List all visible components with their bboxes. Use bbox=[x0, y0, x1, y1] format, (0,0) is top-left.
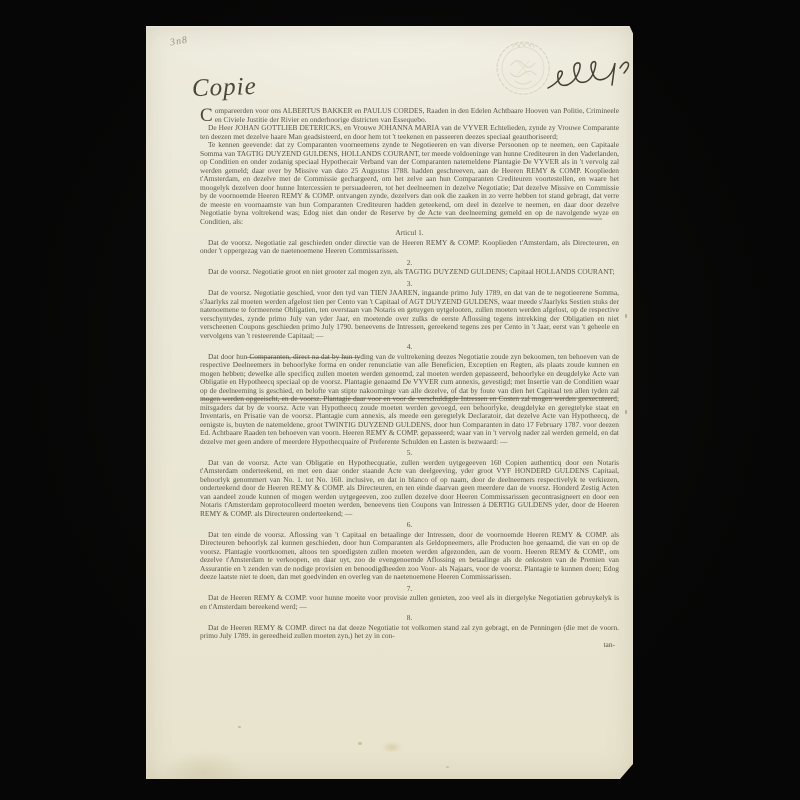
ink-underline bbox=[246, 357, 360, 358]
article-text: Dat de voorsz. Negotiatie zal geschieden… bbox=[200, 239, 619, 256]
preamble-paragraph: Compareerden voor ons ALBERTUS BAKKER en… bbox=[200, 107, 619, 124]
margin-speck bbox=[625, 314, 627, 318]
article-text: Dat ten einde de voorsz. Aflossing van '… bbox=[200, 531, 619, 582]
article-heading: 5. bbox=[200, 449, 619, 458]
article-heading: 7. bbox=[200, 585, 619, 594]
photo-background: 3n8 Copie bbox=[0, 0, 800, 800]
copy-annotation: Copie bbox=[192, 73, 258, 103]
margin-speck bbox=[625, 410, 627, 414]
article-7: 7. Dat de Heeren REMY & COMP. voor hunne… bbox=[200, 585, 619, 612]
paper-stain bbox=[238, 726, 241, 728]
preamble-text-1: ompareerden voor ons ALBERTUS BAKKER en … bbox=[215, 106, 619, 124]
signature-paraph-icon bbox=[542, 46, 634, 104]
article-3: 3. Dat de voorsz. Negotiatie geschied, v… bbox=[200, 280, 619, 341]
preamble-paragraph: De Heer JOHAN GOTTLIEB DETERICKS, en Vro… bbox=[200, 124, 619, 141]
catchword: tan- bbox=[200, 641, 619, 650]
article-heading: 3. bbox=[200, 280, 619, 289]
article-8: 8. Dat de Heeren REMY & COMP. direct na … bbox=[200, 614, 619, 641]
paper-stain bbox=[446, 766, 449, 768]
article-5: 5. Dat van de voorsz. Acte van Obligatie… bbox=[200, 449, 619, 518]
article-1: Articul 1. Dat de voorsz. Negotiatie zal… bbox=[200, 229, 619, 256]
article-text: Dat de Heeren REMY & COMP. direct na dat… bbox=[200, 624, 619, 641]
article-6: 6. Dat ten einde de voorsz. Aflossing va… bbox=[200, 521, 619, 582]
paper-stain bbox=[358, 742, 362, 745]
article-4: 4. Dat door hun Comparanten, direct na d… bbox=[200, 343, 619, 446]
article-heading: 8. bbox=[200, 614, 619, 623]
document-text: Compareerden voor ons ALBERTUS BAKKER en… bbox=[200, 107, 619, 649]
article-text: Dat de voorsz. Negotiatie groot en niet … bbox=[200, 268, 619, 277]
article-heading: 2. bbox=[200, 259, 619, 268]
article-text: Dat de voorsz. Negotiatie geschied, voor… bbox=[200, 289, 619, 340]
archival-number: 3n8 bbox=[169, 35, 189, 49]
article-heading: Articul 1. bbox=[200, 229, 619, 238]
article-heading: 4. bbox=[200, 343, 619, 352]
article-heading: 6. bbox=[200, 521, 619, 530]
preamble-paragraph: Te kennen geevende: dat zy Comparanten v… bbox=[200, 141, 619, 226]
article-text: Dat de Heeren REMY & COMP. voor hunne mo… bbox=[200, 594, 619, 611]
document-page: 3n8 Copie bbox=[146, 26, 633, 779]
drop-cap: C bbox=[200, 107, 215, 123]
article-text: Dat van de voorsz. Acte van Obligatie en… bbox=[200, 459, 619, 519]
article-2: 2. Dat de voorsz. Negotiatie groot en ni… bbox=[200, 259, 619, 277]
